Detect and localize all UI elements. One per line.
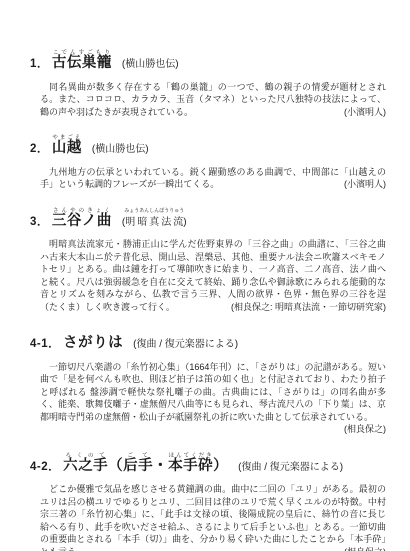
piece-description-text: 同名異曲が数多く存在する「鶴の巣籠」の一つで、鶴の親子の情愛が題材とされる。また… <box>40 82 386 117</box>
piece-heading: 4-2．六之手ろくのて（后手ごて・本手砕ほんてくだき）(復曲 / 復元楽器による… <box>30 449 386 477</box>
piece-description-text: 一節切尺八楽譜の「糸竹初心集」（1664年刊）に、「さがりは」の記譜がある。短い… <box>40 362 386 422</box>
program-entry-2: 2．山越やまごえ(横山勝也伝) 九州地方の伝承といわれている。鋭く躍動感のある曲… <box>30 131 386 191</box>
piece-title-ruby: 本手砕ほんてくだき <box>168 458 213 474</box>
piece-title-ruby: 后手ごて <box>123 458 153 474</box>
piece-number: 4-2． <box>30 461 60 473</box>
piece-description: 一節切尺八楽譜の「糸竹初心集」（1664年刊）に、「さがりは」の記譜がある。短い… <box>40 361 386 436</box>
piece-title: 山越やまごえ <box>52 140 82 156</box>
piece-number: 3． <box>30 216 49 228</box>
program-entry-4-2: 4-2．六之手ろくのて（后手ごて・本手砕ほんてくだき）(復曲 / 復元楽器による… <box>30 449 386 551</box>
piece-title-ruby: 三谷ノ曲さんやのきょく <box>52 213 112 229</box>
piece-heading: 3．三谷ノ曲さんやのきょく(明暗真法流みょうあんしんぽうりゅう) <box>30 204 386 232</box>
piece-title: 三谷ノ曲さんやのきょく <box>52 213 112 229</box>
piece-number: 4-1． <box>30 338 60 350</box>
piece-subtitle: (復曲 / 復元楽器による) <box>238 462 343 473</box>
piece-attribution: (相良保之) <box>344 423 386 436</box>
piece-title-ruby: 古伝巣籠こでんすごもり <box>52 55 112 71</box>
program-notes: 1．古伝巣籠こでんすごもり(横山勝也伝) 同名異曲が数多く存在する「鶴の巣籠」の… <box>30 46 386 551</box>
piece-subtitle: (横山勝也伝) <box>122 59 179 70</box>
program-entry-1: 1．古伝巣籠こでんすごもり(横山勝也伝) 同名異曲が数多く存在する「鶴の巣籠」の… <box>30 46 386 118</box>
piece-title: 六之手ろくのて（后手ごて・本手砕ほんてくだき） <box>63 458 228 474</box>
document-page: { "document": { "sections": [ { "number"… <box>0 0 410 551</box>
piece-description: 九州地方の伝承といわれている。鋭く躍動感のある曲調で、中間部に「山越えの手」とい… <box>40 166 386 191</box>
piece-description: どこか優雅で気品を感じさせる黄鐘調の曲。曲中に二回の「ユリ」がある。最初のユリは… <box>40 483 386 551</box>
piece-heading: 4-1．さがりは(復曲 / 復元楽器による) <box>30 326 386 354</box>
program-entry-3: 3．三谷ノ曲さんやのきょく(明暗真法流みょうあんしんぽうりゅう) 明暗真法流家元… <box>30 204 386 314</box>
piece-description-text: 九州地方の伝承といわれている。鋭く躍動感のある曲調で、中間部に「山越えの手」とい… <box>40 167 386 190</box>
piece-attribution: (小濱明人) <box>344 106 386 119</box>
piece-number: 1． <box>30 58 49 70</box>
piece-attribution: (小濱明人) <box>344 178 386 191</box>
piece-attribution: (相良保之) <box>344 546 386 551</box>
piece-title-ruby: 山越やまごえ <box>52 140 82 156</box>
piece-subtitle: (復曲 / 復元楽器による) <box>133 339 238 350</box>
piece-title: 古伝巣籠こでんすごもり <box>52 55 112 71</box>
piece-subtitle-ruby: 明暗真法流みょうあんしんぽうりゅう <box>125 217 183 228</box>
piece-description: 同名異曲が数多く存在する「鶴の巣籠」の一つで、鶴の親子の情愛が題材とされる。また… <box>40 81 386 119</box>
piece-number: 2． <box>30 143 49 155</box>
piece-title: さがりは <box>63 335 123 351</box>
piece-heading: 1．古伝巣籠こでんすごもり(横山勝也伝) <box>30 46 386 74</box>
piece-subtitle: (横山勝也伝) <box>92 144 149 155</box>
piece-attribution: (相良保之: 明暗真法流・一節切研究家) <box>231 301 386 314</box>
piece-description-text: どこか優雅で気品を感じさせる黄鐘調の曲。曲中に二回の「ユリ」がある。最初のユリは… <box>40 484 386 551</box>
program-entry-4-1: 4-1．さがりは(復曲 / 復元楽器による) 一節切尺八楽譜の「糸竹初心集」（1… <box>30 326 386 436</box>
piece-title-ruby: 六之手ろくのて <box>63 458 108 474</box>
piece-description: 明暗真法流家元・勝浦正山に学んだ佐野東界の「三谷之曲」の曲譜に、「三谷之曲ハ古来… <box>40 238 386 313</box>
piece-subtitle: (明暗真法流みょうあんしんぽうりゅう) <box>122 217 187 228</box>
piece-heading: 2．山越やまごえ(横山勝也伝) <box>30 131 386 159</box>
